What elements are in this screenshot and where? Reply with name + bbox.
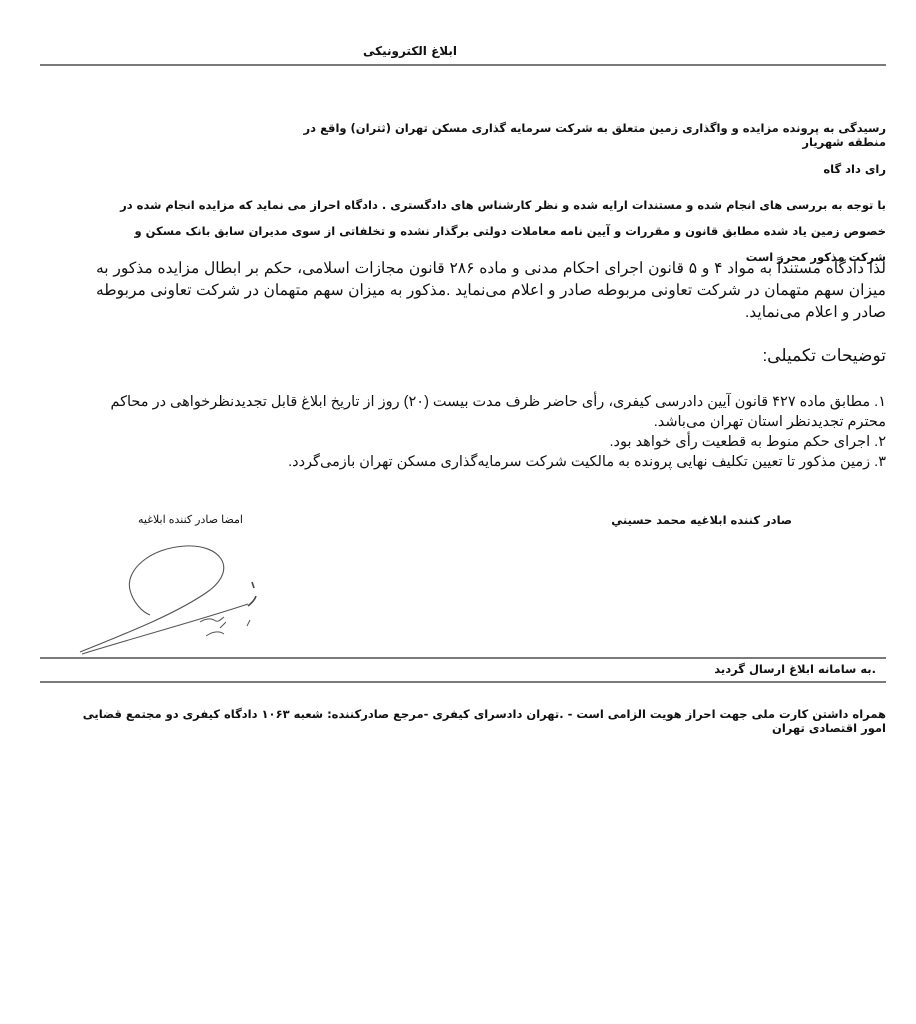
notes-heading: توضیحات تکمیلی: bbox=[586, 346, 886, 366]
header-divider bbox=[40, 64, 886, 66]
note-item: ۱. مطابق ماده ۴۲۷ قانون آیین دادرسی کیفر… bbox=[96, 392, 886, 432]
note-item: ۲. اجرای حکم منوط به قطعیت رأی خواهد بود… bbox=[96, 432, 886, 452]
verdict-label: رای داد گاه bbox=[586, 162, 886, 176]
signature-divider bbox=[40, 657, 886, 659]
footer-note: همراه داشتن کارت ملی جهت احراز هویت الزا… bbox=[66, 707, 886, 735]
issuer-name: صادر کننده ابلاغیه محمد حسيني bbox=[492, 513, 792, 527]
sent-notice: .به سامانه ابلاغ ارسال گردید bbox=[576, 662, 876, 676]
case-subject: رسیدگی به پرونده مزایده و واگذاری زمین م… bbox=[286, 121, 886, 149]
note-item: ۳. زمین مذکور تا تعیین تکلیف نهایی پروند… bbox=[96, 452, 886, 472]
handwritten-signature bbox=[70, 540, 270, 660]
signature-label: امضا صادر کننده ابلاغیه bbox=[138, 513, 438, 526]
footer-divider bbox=[40, 681, 886, 683]
notes-list: ۱. مطابق ماده ۴۲۷ قانون آیین دادرسی کیفر… bbox=[96, 392, 886, 472]
document-title: ابلاغ الکترونیکی bbox=[300, 44, 520, 58]
signature-label-text: امضا صادر کننده ابلاغیه bbox=[138, 513, 243, 526]
ruling-paragraph: لذا دادگاه مستنداً به مواد ۴ و ۵ قانون ا… bbox=[96, 258, 886, 324]
